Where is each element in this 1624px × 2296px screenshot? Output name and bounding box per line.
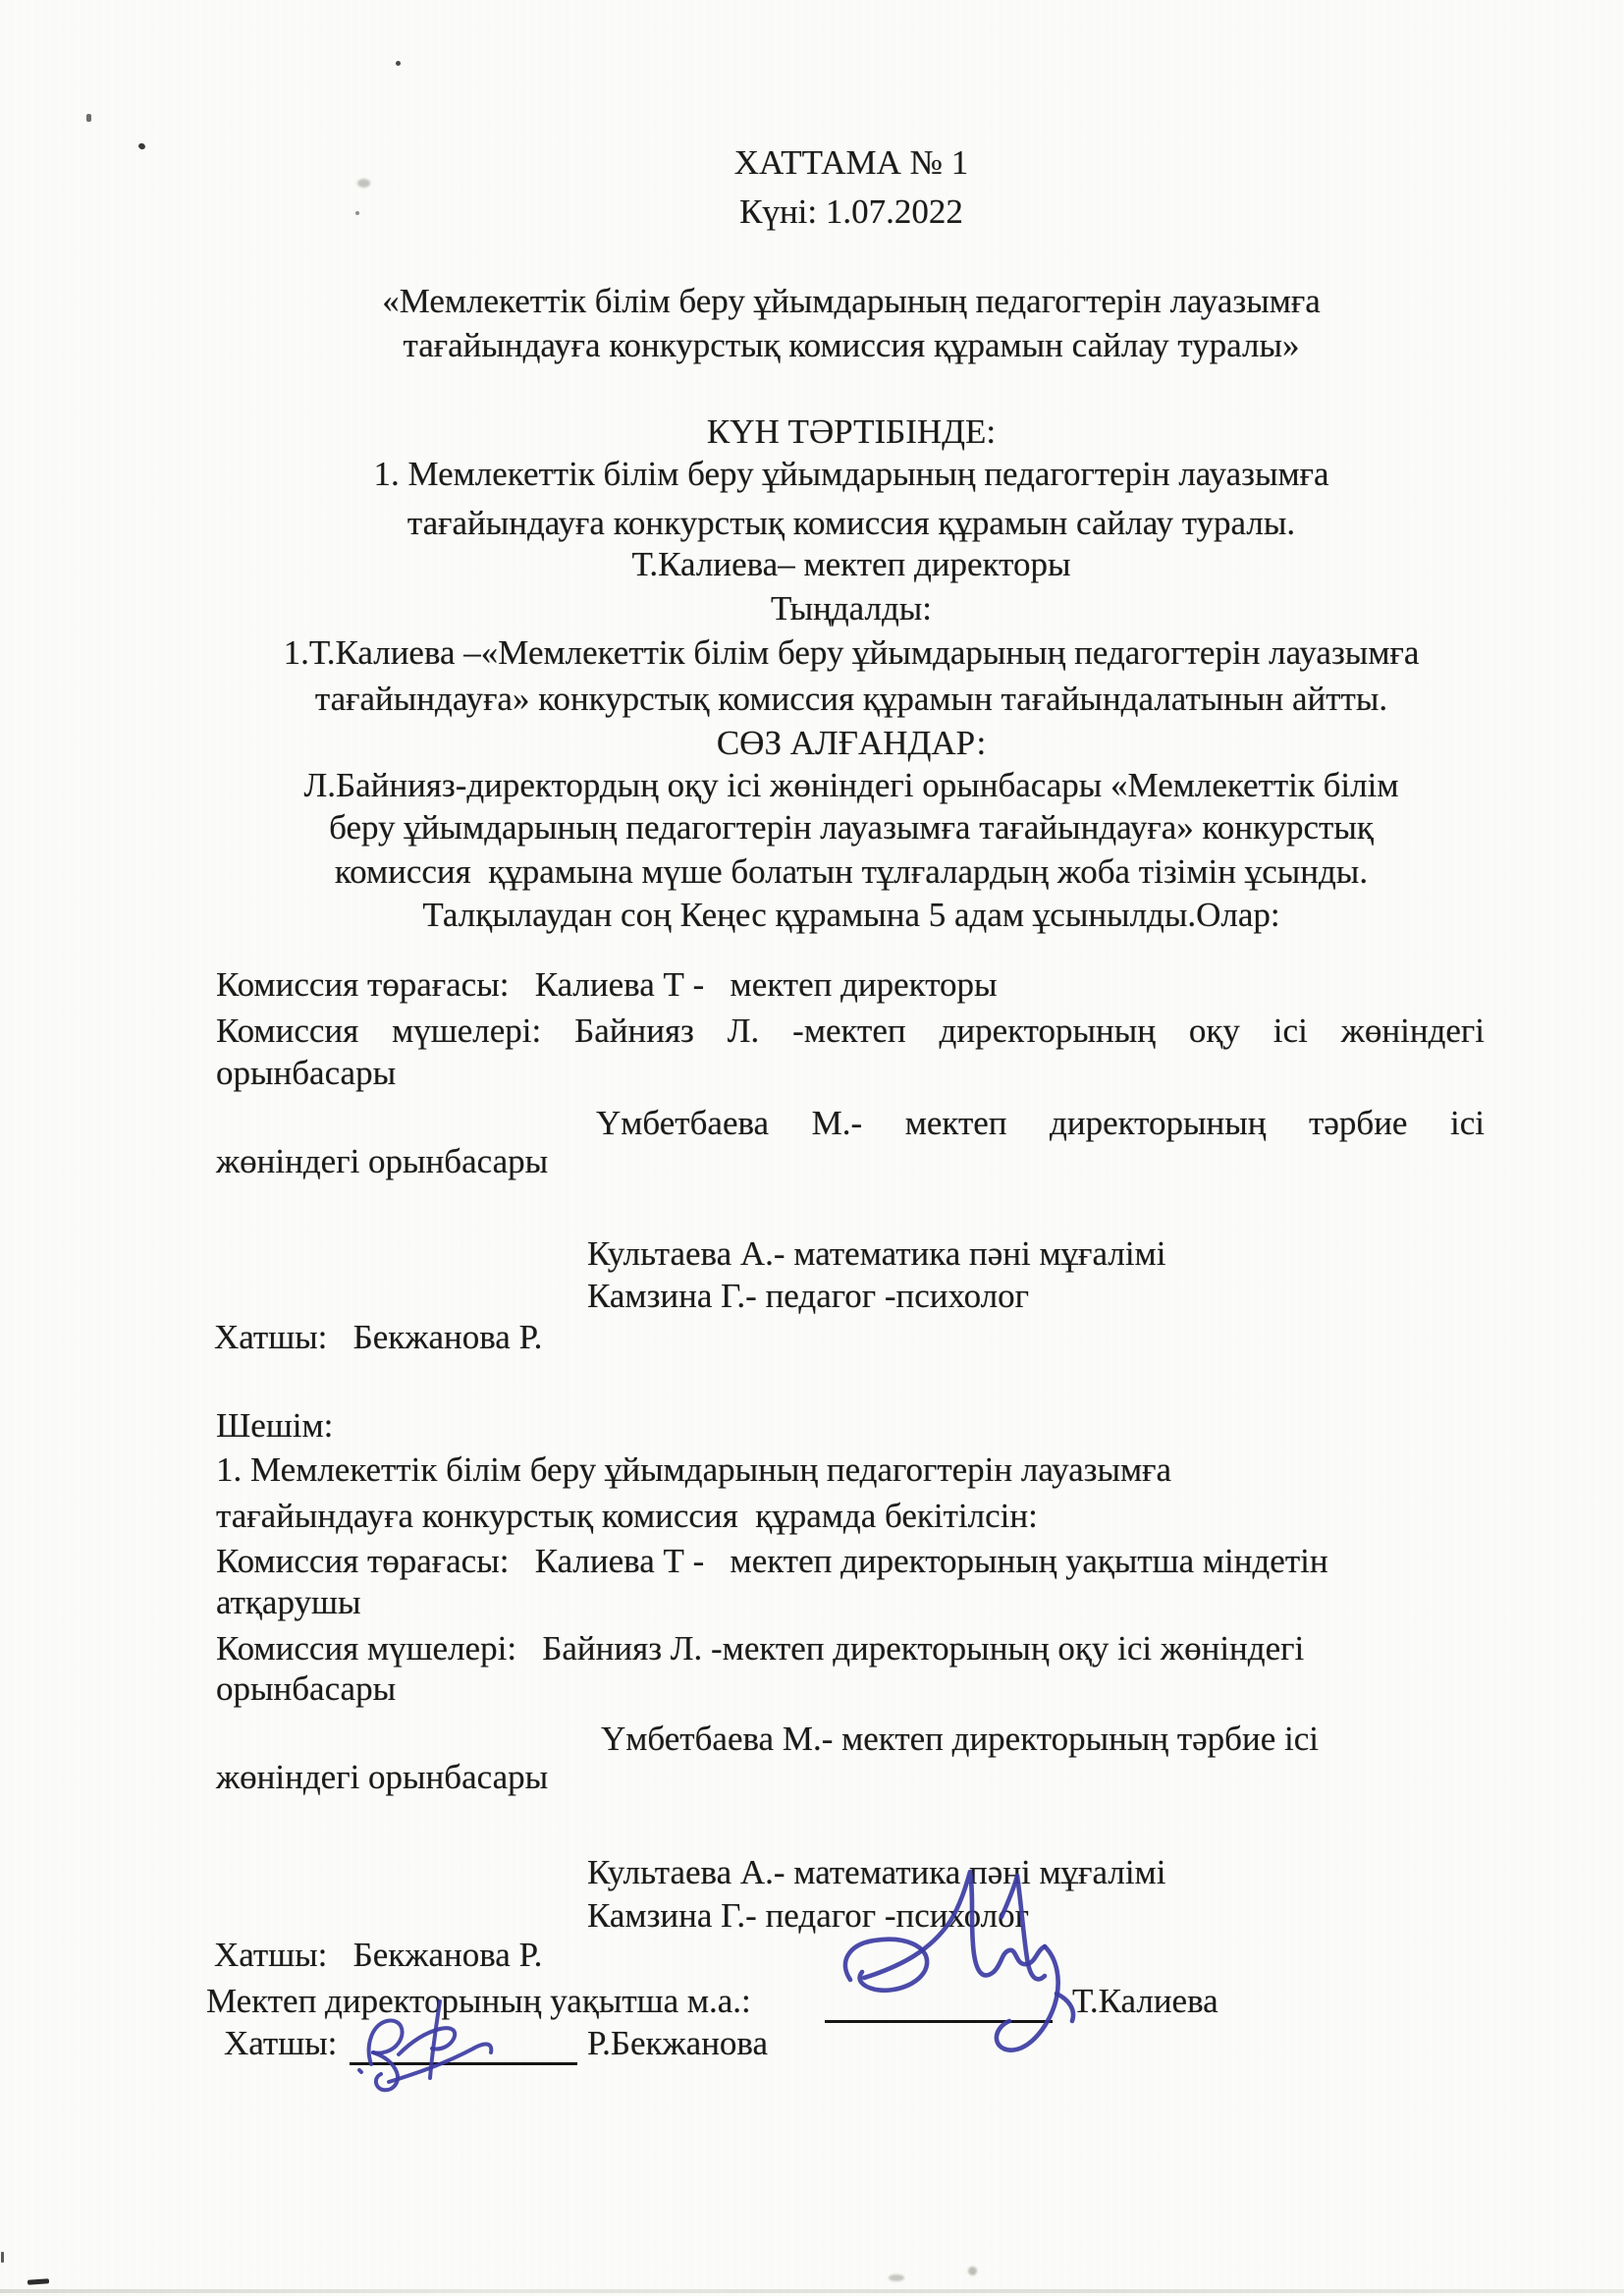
commission-chair-line: Комиссия төрағасы: Калиева Т - мектеп ди…	[216, 1540, 1328, 1583]
commission-member-line: жөніндегі орынбасары	[216, 1140, 548, 1183]
document-page: ХАТТАМА № 1 Күні: 1.07.2022 «Мемлекеттік…	[0, 0, 1624, 2296]
commission-member-line: Камзина Г.- педагог -психолог	[587, 1275, 1029, 1318]
speech-line: беру ұйымдарының педагогтерін лауазымға …	[137, 806, 1565, 849]
agenda-item-line: 1. Мемлекеттік білім беру ұйымдарының пе…	[137, 453, 1565, 496]
commission-members-line: Комиссия мүшелері: Байнияз Л. -мектеп ди…	[216, 1010, 1485, 1053]
protocol-title: ХАТТАМА № 1	[137, 141, 1565, 185]
subject-line: «Мемлекеттік білім беру ұйымдарының педа…	[137, 280, 1565, 323]
agenda-item-line: тағайындауға конкурстық комиссия құрамын…	[137, 502, 1565, 545]
subject-line: тағайындауға конкурстық комиссия құрамын…	[137, 324, 1565, 367]
commission-member-line: Үмбетбаева М.- мектеп директорының тәрби…	[596, 1102, 1485, 1145]
decision-line: 1. Мемлекеттік білім беру ұйымдарының пе…	[216, 1449, 1171, 1492]
speaker-line: Т.Калиева– мектеп директоры	[137, 543, 1565, 586]
protocol-date: Күні: 1.07.2022	[137, 191, 1565, 234]
scan-speck	[27, 2278, 49, 2285]
secretary-line: Хатшы: Бекжанова Р.	[214, 1316, 542, 1359]
speech-line: комиссия құрамына мүше болатын тұлғалард…	[137, 850, 1565, 894]
commission-member-line: Культаева А.- математика пәні мұғалімі	[587, 1232, 1165, 1276]
speech-line: Л.Байнияз-директордың оқу ісі жөніндегі …	[137, 764, 1565, 807]
heard-line: 1.Т.Калиева –«Мемлекеттік білім беру ұйы…	[137, 631, 1565, 675]
scan-speck	[889, 2274, 904, 2281]
secretary-signature-label: Хатшы:	[224, 2022, 337, 2065]
commission-members-line: Комиссия мүшелері: Байнияз Л. -мектеп ди…	[216, 1627, 1304, 1670]
director-name: Т.Калиева	[1072, 1980, 1218, 2023]
decision-heading: Шешім:	[216, 1404, 333, 1448]
commission-member-line: Үмбетбаева М.- мектеп директорының тәрби…	[601, 1718, 1319, 1761]
scan-speck	[396, 61, 401, 66]
scan-speck	[357, 179, 370, 188]
commission-members-line: орынбасары	[216, 1667, 396, 1711]
commission-members-line: орынбасары	[216, 1052, 396, 1095]
scan-speck	[355, 211, 359, 215]
agenda-heading: КҮН ТӘРТІБІНДЕ:	[137, 410, 1565, 454]
secretary-line: Хатшы: Бекжанова Р.	[214, 1934, 542, 1977]
scan-speck	[86, 114, 91, 122]
signature-bekzhanova-ink	[346, 1995, 522, 2102]
scanner-edge	[0, 2289, 1624, 2293]
commission-member-line: жөніндегі орынбасары	[216, 1756, 548, 1799]
speakers-heading: СӨЗ АЛҒАНДАР:	[137, 722, 1565, 765]
signature-kalieva-ink	[835, 1864, 1080, 2065]
decision-line: тағайындауға конкурстық комиссия құрамда…	[216, 1495, 1038, 1538]
heard-line: тағайындауға» конкурстық комиссия құрамы…	[137, 678, 1565, 721]
scan-speck	[968, 2267, 977, 2275]
secretary-name: Р.Бекжанова	[587, 2022, 768, 2065]
heard-heading: Тыңдалды:	[137, 587, 1565, 630]
proposal-line: Талқылаудан соң Кеңес құрамына 5 адам ұс…	[137, 894, 1565, 937]
commission-chair-line: Комиссия төрағасы: Калиева Т - мектеп ди…	[216, 963, 998, 1007]
scan-speck	[1, 2252, 4, 2263]
commission-chair-line: атқарушы	[216, 1581, 360, 1624]
